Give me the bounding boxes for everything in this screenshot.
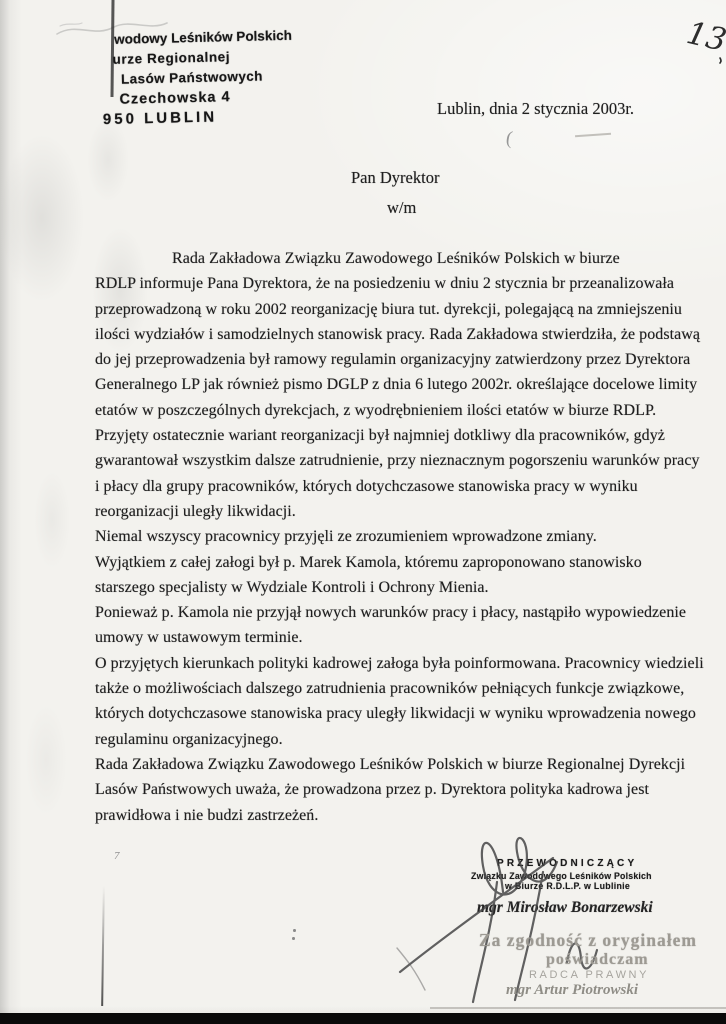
sender-address-stamp: wodowy Leśników Polskich urze Regionalne… [99, 26, 294, 130]
document-line: Wyjątkiem z całej załogi był p. Marek Ka… [95, 550, 707, 575]
document-line: starszego specjalisty w Wydziale Kontrol… [95, 575, 707, 600]
recipient-name: Pan Dyrektor [351, 168, 439, 188]
document-line: Przyjęty ostatecznie wariant reorganizac… [95, 423, 707, 448]
document-line: i płacy dla grupy pracowników, których d… [95, 474, 707, 499]
document-line: ilości wydziałów i samodzielnych stanowi… [95, 322, 707, 347]
recipient-location: w/m [387, 198, 416, 218]
document-line: do jej przeprowadzenia był ramowy regula… [95, 347, 707, 372]
scan-shadow-line [430, 1007, 726, 1009]
stamp-line: 950 LUBLIN [103, 106, 294, 130]
fold-crease-artifact [101, 886, 105, 1006]
document-line: regulaminu organizacyjnego. [95, 727, 707, 752]
document-line: Rada Zakładowa Związku Zawodowego Leśnik… [95, 246, 707, 271]
document-line: etatów w poszczególnych dyrekcjach, z wy… [95, 398, 707, 423]
document-line: Niemal wszyscy pracownicy przyjęli ze zr… [95, 524, 707, 549]
scan-edge-bar [0, 1013, 726, 1024]
document-line: O przyjętych kierunkach polityki kadrowe… [95, 651, 707, 676]
page-number-text: 13 [683, 15, 726, 59]
document-line: reorganizacji uległy likwidacji. [95, 499, 707, 524]
scanned-letter-page: wodowy Leśników Polskich urze Regionalne… [0, 0, 726, 1024]
letter-body: Rada Zakładowa Związku Zawodowego Leśnik… [95, 246, 707, 828]
document-line: umowy w ustawowym terminie. [95, 625, 707, 650]
document-line: Generalnego LP jak również pismo DGLP z … [95, 372, 707, 397]
scan-artifact-dot [293, 929, 296, 932]
document-line: Rada Zakładowa Związku Zawodowego Leśnik… [95, 752, 707, 777]
stamp-line: wodowy Leśników Polskich [114, 26, 292, 50]
document-line: których dotychczasowe stanowiska pracy u… [95, 701, 707, 726]
scan-artifact-paren: ( [504, 128, 513, 151]
scan-artifact-dot [292, 937, 295, 940]
legal-counsel-name: mgr Artur Piotrowski [506, 982, 638, 999]
document-line: przeprowadzoną w roku 2002 reorganizację… [95, 297, 707, 322]
document-line: gwarantował wszystkim dalsze zatrudnieni… [95, 448, 707, 473]
certification-line: poświadczam [546, 951, 649, 969]
handwritten-page-number: 13 [680, 10, 726, 72]
document-line: Ponieważ p. Kamola nie przyjął nowych wa… [95, 600, 707, 625]
document-line: RDLP informuje Pana Dyrektora, że na pos… [95, 271, 707, 296]
dateline: Lublin, dnia 2 stycznia 2003r. [437, 99, 634, 119]
document-line: Lasów Państwowych uważa, że prowadzona p… [95, 777, 707, 802]
scan-artifact-tick: 7 [114, 850, 120, 862]
certification-line: Za zgodność z oryginałem [479, 930, 697, 951]
scan-artifact-dash [575, 133, 611, 137]
legal-counsel-title: RADCA PRAWNY [529, 969, 649, 981]
document-line: także o możliwościach dalszego zatrudnie… [95, 676, 707, 701]
